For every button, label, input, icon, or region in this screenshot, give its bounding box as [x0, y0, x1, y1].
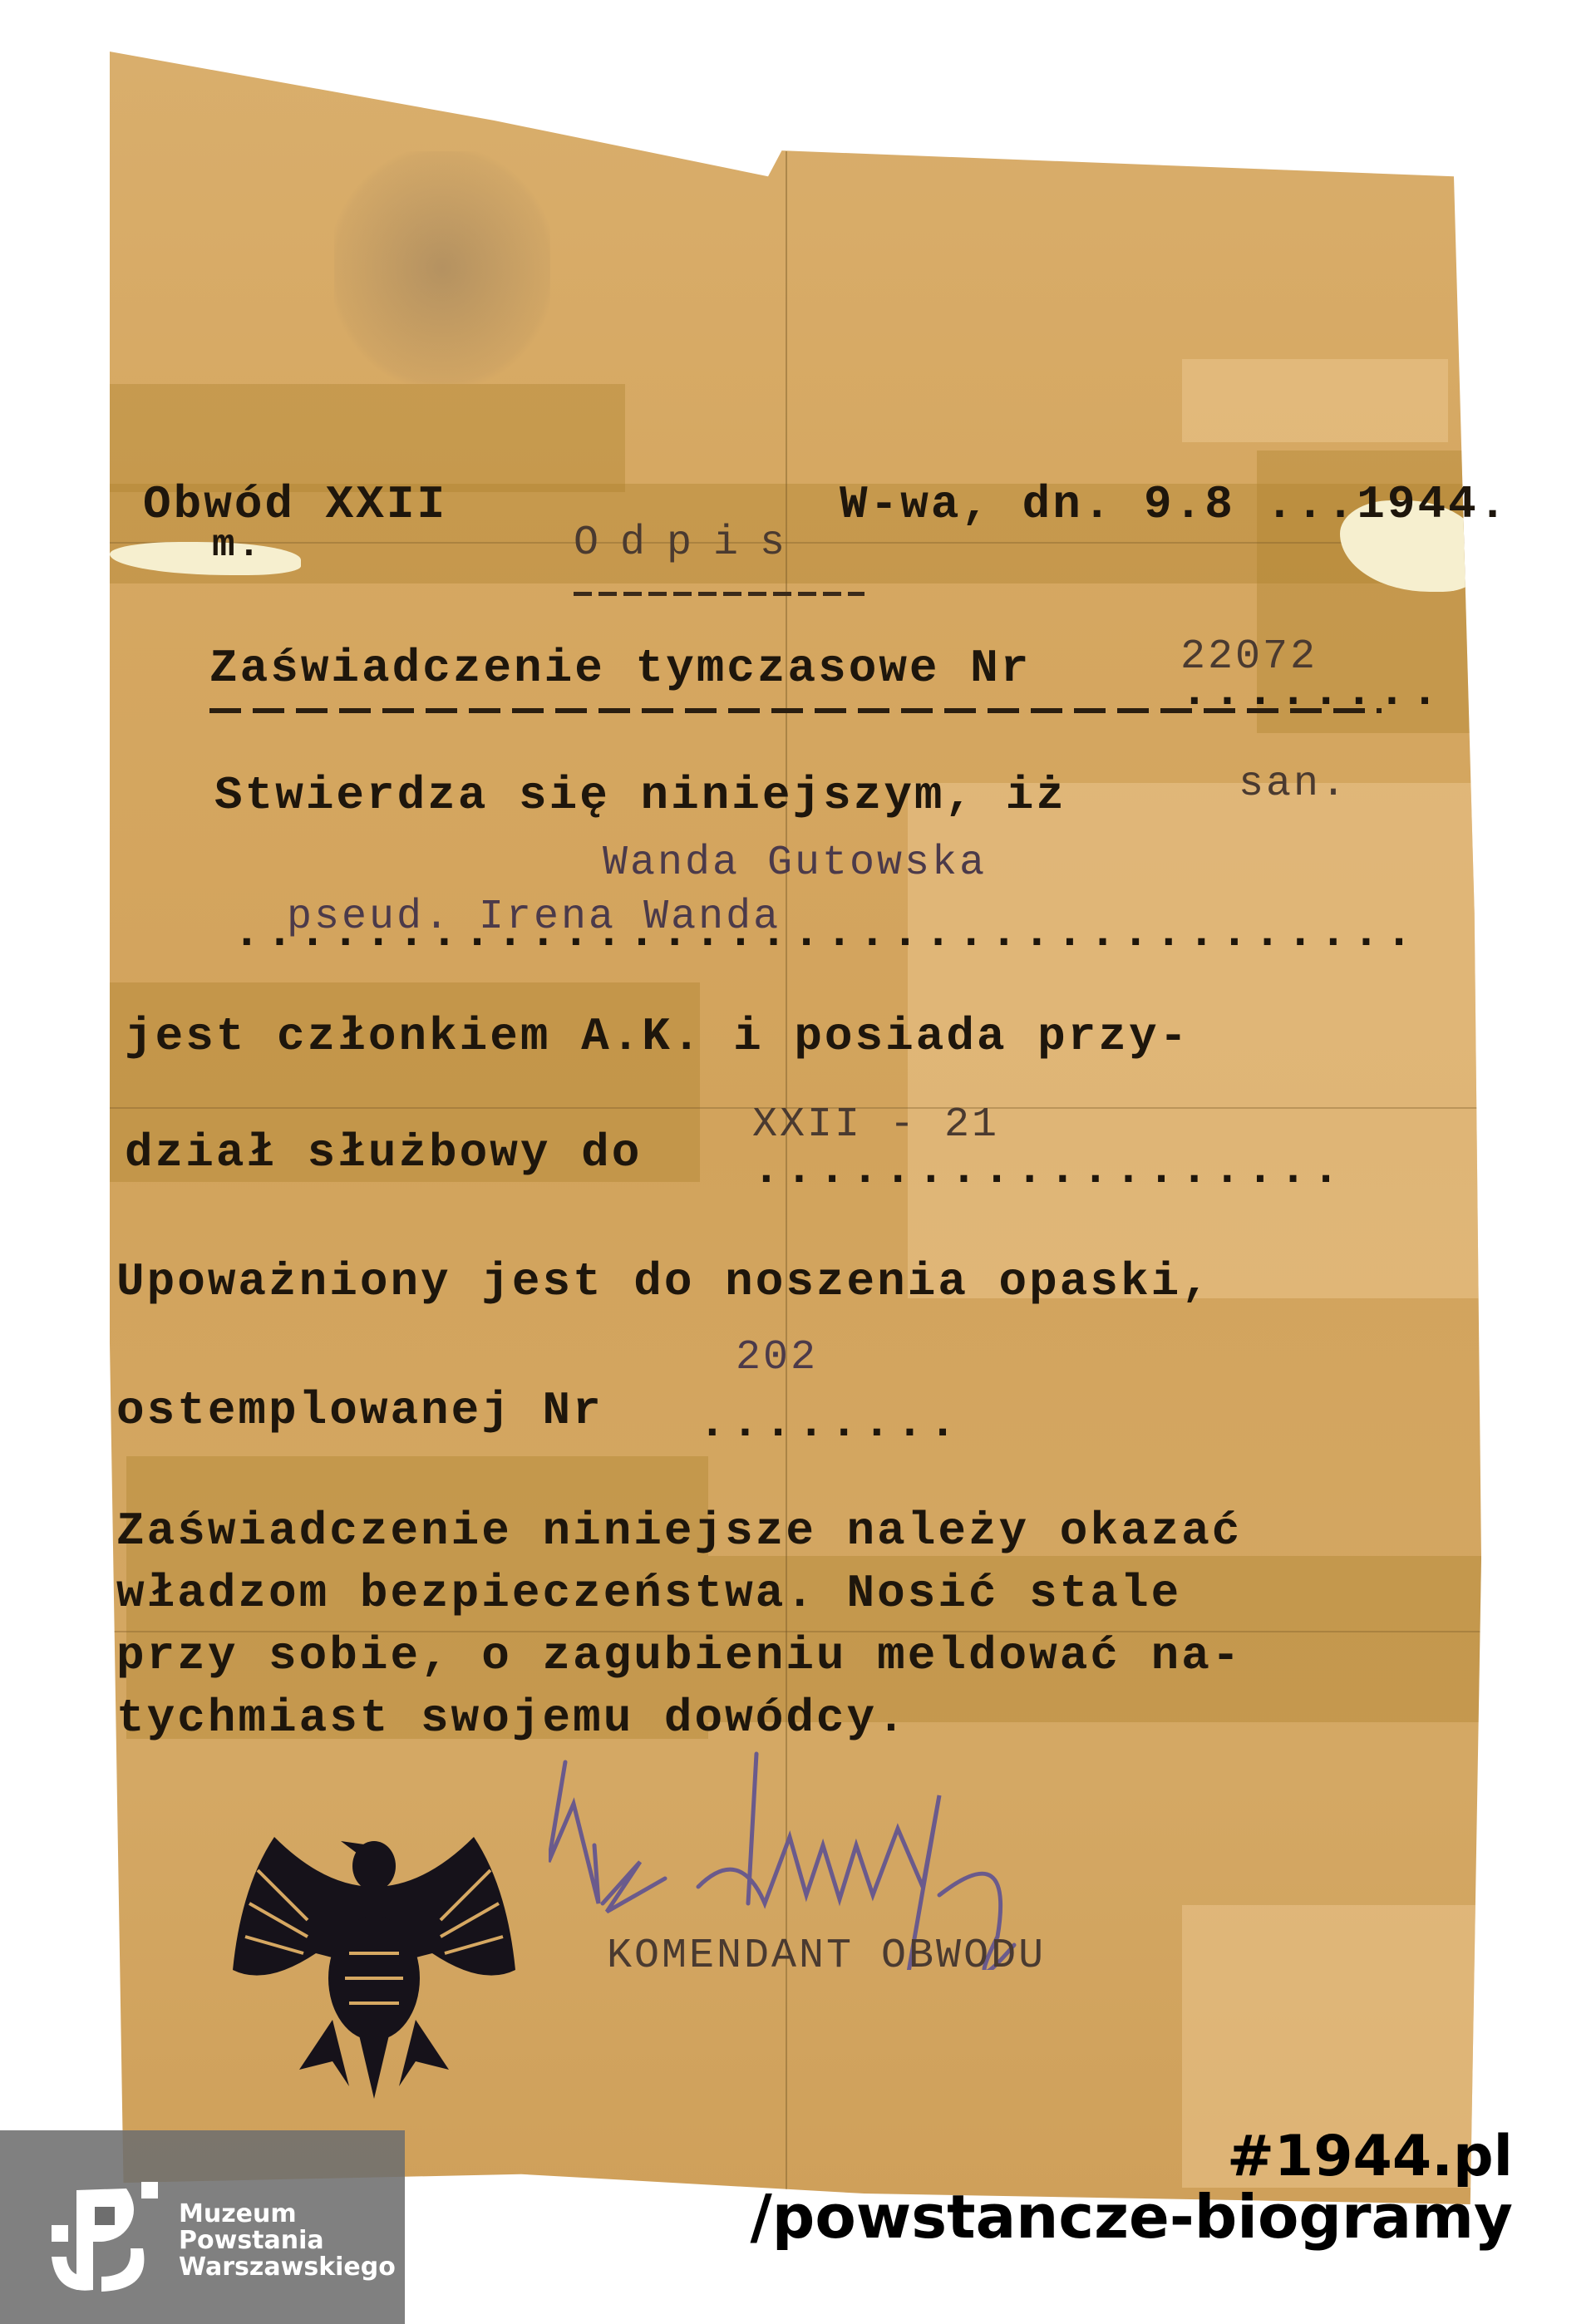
copy-mark: Odpis	[574, 519, 806, 567]
body-line-3: jest członkiem A.K. i posiada przy-	[125, 1010, 1190, 1063]
body-line-5: Upoważniony jest do noszenia opaski,	[116, 1255, 1212, 1308]
armband-dots: ........	[698, 1396, 962, 1450]
notice-line-1: Zaświadczenie niniejsze należy okazać	[116, 1504, 1242, 1558]
museum-name-line-2: Powstania	[179, 2228, 396, 2254]
kotwica-anchor-icon	[52, 2182, 158, 2295]
brand-hashtag: #1944.pl	[1227, 2124, 1513, 2189]
name-dots: ....................................	[233, 906, 1418, 959]
place-date: W-wa, dn. 9.8 ...1944.	[840, 478, 1509, 531]
certificate-title: Zaświadczenie tymczasowe Nr	[209, 642, 1031, 695]
body-line-6: ostemplowanej Nr	[116, 1384, 603, 1437]
brand-path: /powstancze-biogramy	[750, 2182, 1513, 2252]
polish-eagle-icon	[224, 1820, 524, 2103]
rank-value: san.	[1239, 761, 1348, 808]
copy-underline	[574, 592, 864, 596]
body-line-1: Stwierdza się niniejszym, iż	[214, 769, 1066, 822]
museum-watermark: Muzeum Powstania Warszawskiego	[0, 2130, 405, 2324]
faded-stamp-mark	[334, 151, 550, 384]
member-name: Wanda Gutowska	[603, 839, 987, 887]
notice-line-2: władzom bezpieczeństwa. Nosić stale	[116, 1567, 1181, 1620]
tape-strip	[110, 384, 625, 492]
light-patch	[1182, 359, 1448, 442]
district-sub: m.	[212, 524, 263, 567]
museum-name-line-1: Muzeum	[179, 2201, 396, 2228]
body-line-4: dział służbowy do	[125, 1126, 642, 1179]
commander-label: KOMENDANT OBWODU	[607, 1933, 1046, 1980]
museum-name-line-3: Warszawskiego	[179, 2254, 396, 2281]
unit-value: XXII - 21	[752, 1101, 999, 1149]
district-label: Obwód XXII	[143, 478, 447, 531]
unit-dots: ..................	[752, 1143, 1345, 1196]
armband-number: 202	[736, 1334, 818, 1381]
title-underline	[209, 708, 1382, 713]
notice-line-3: przy sobie, o zagubieniu meldować na-	[116, 1629, 1242, 1682]
museum-name: Muzeum Powstania Warszawskiego	[179, 2201, 396, 2281]
